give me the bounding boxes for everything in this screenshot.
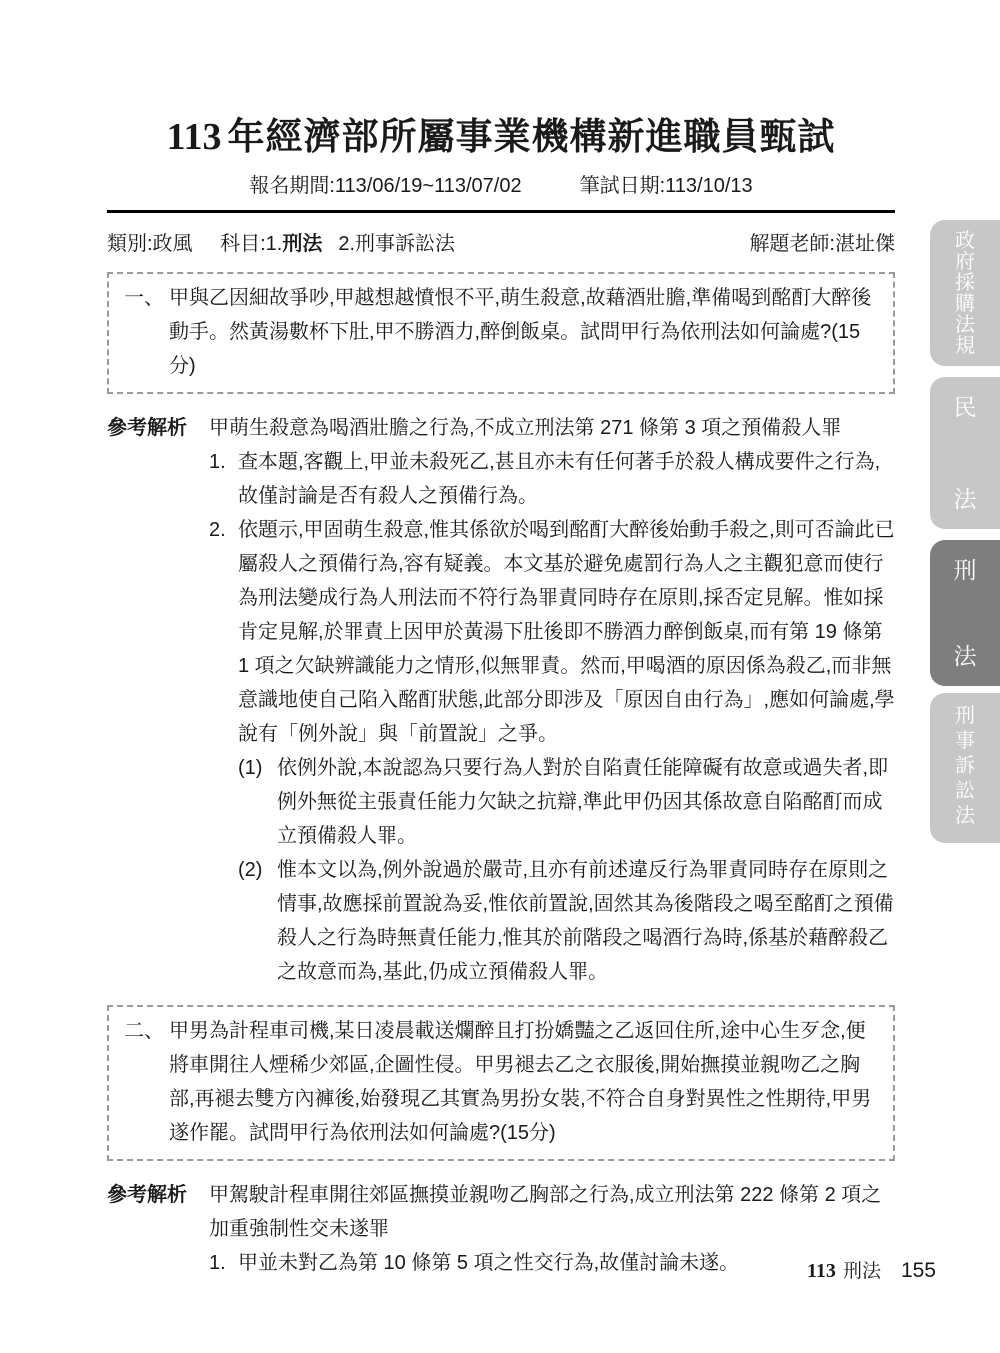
point-number: 1. — [209, 1246, 238, 1280]
sidebar-tab-char-bottom: 法 — [954, 638, 977, 671]
page-footer: 113 刑法 155 — [807, 1256, 936, 1283]
meta-row: 類別:政風 科目:1.刑法2.刑事訴訟法 解題老師:湛址傑 — [107, 227, 895, 256]
sidebar-tab-label: 刑 法 — [930, 540, 1000, 686]
page-title: 113年經濟部所屬事業機構新進職員甄試 — [107, 106, 895, 160]
subpoint-number: (2) — [238, 853, 277, 989]
footer-subject: 刑法 — [843, 1256, 881, 1283]
sidebar-tab-government-procurement: 政府採購法規 — [930, 220, 1000, 366]
page-title-text: 年經濟部所屬事業機構新進職員甄試 — [227, 116, 835, 157]
question-number: 二、 — [124, 1014, 169, 1150]
page-title-year: 113 — [167, 116, 222, 158]
subject-label: 科目:1. — [220, 233, 282, 255]
solution-subpoint: (1) 依例外說,本說認為只要行為人對於自陷責任能障礙有故意或過失者,即例外無從… — [238, 751, 895, 853]
solver-name: 解題老師:湛址傑 — [749, 227, 895, 256]
solution-point: 1. 查本題,客觀上,甲並未殺死乙,甚且亦未有任何著手於殺人構成要件之行為,故僅… — [209, 445, 895, 513]
sidebar-tab-criminal-procedure: 刑事訴訟法 — [930, 693, 1000, 843]
point-text: 甲並未對乙為第 10 條第 5 項之性交行為,故僅討論未遂。 — [238, 1246, 895, 1280]
sidebar-tab-label: 民 法 — [930, 377, 1000, 529]
written-exam-date: 筆試日期:113/10/13 — [580, 169, 753, 198]
question-text: 甲男為計程車司機,某日凌晨載送爛醉且打扮嬌豔之乙返回住所,途中心生歹念,便將車開… — [169, 1014, 881, 1150]
analysis-label: 參考解析 — [107, 411, 209, 989]
solution-body: 甲萌生殺意為喝酒壯膽之行為,不成立刑法第 271 條第 3 項之預備殺人罪 1.… — [209, 411, 895, 989]
point-text: 查本題,客觀上,甲並未殺死乙,甚且亦未有任何著手於殺人構成要件之行為,故僅討論是… — [238, 445, 895, 513]
solution-block-2: 參考解析 甲駕駛計程車開往郊區撫摸並親吻乙胸部之行為,成立刑法第 222 條第 … — [107, 1178, 895, 1280]
category-label: 類別:政風 — [107, 233, 193, 255]
sidebar-tab-char-top: 民 — [954, 389, 977, 422]
sidebar-tab-civil-law: 民 法 — [930, 377, 1000, 529]
question-box-1: 一、 甲與乙因細故爭吵,甲越想越憤恨不平,萌生殺意,故藉酒壯膽,準備喝到酩酊大醉… — [107, 272, 895, 394]
sidebar-tab-label: 政府採購法規 — [953, 231, 977, 357]
solution-conclusion: 甲萌生殺意為喝酒壯膽之行為,不成立刑法第 271 條第 3 項之預備殺人罪 — [209, 411, 895, 445]
page-content: 113年經濟部所屬事業機構新進職員甄試 報名期間:113/06/19~113/0… — [107, 0, 895, 1280]
footer-volume: 113 — [807, 1260, 836, 1283]
solution-body: 甲駕駛計程車開往郊區撫摸並親吻乙胸部之行為,成立刑法第 222 條第 2 項之加… — [209, 1178, 895, 1280]
exam-dates-line: 報名期間:113/06/19~113/07/02 筆試日期:113/10/13 — [107, 169, 895, 198]
sidebar-tab-criminal-law-active: 刑 法 — [930, 540, 1000, 686]
subpoint-text: 惟本文以為,例外說過於嚴苛,且亦有前述違反行為罪責同時存在原則之情事,故應採前置… — [277, 853, 895, 989]
point-text: 依題示,甲固萌生殺意,惟其係欲於喝到酩酊大醉後始動手殺之,則可否論此已屬殺人之預… — [238, 513, 895, 989]
subpoint-text: 依例外說,本說認為只要行為人對於自陷責任能障礙有故意或過失者,即例外無從主張責任… — [277, 751, 895, 853]
subpoint-number: (1) — [238, 751, 277, 853]
analysis-label: 參考解析 — [107, 1178, 209, 1280]
meta-left: 類別:政風 科目:1.刑法2.刑事訴訟法 — [107, 227, 455, 256]
footer-page-number: 155 — [901, 1259, 936, 1283]
sidebar-tab-char-bottom: 法 — [954, 481, 977, 514]
subject-name-criminal-law: 刑法 — [282, 233, 322, 255]
solution-point: 1. 甲並未對乙為第 10 條第 5 項之性交行為,故僅討論未遂。 — [209, 1246, 895, 1280]
solution-block-1: 參考解析 甲萌生殺意為喝酒壯膽之行為,不成立刑法第 271 條第 3 項之預備殺… — [107, 411, 895, 989]
question-number: 一、 — [124, 281, 169, 383]
point-number: 1. — [209, 445, 238, 513]
point-text-main: 依題示,甲固萌生殺意,惟其係欲於喝到酩酊大醉後始動手殺之,則可否論此已屬殺人之預… — [238, 513, 895, 751]
solution-point: 2. 依題示,甲固萌生殺意,惟其係欲於喝到酩酊大醉後始動手殺之,則可否論此已屬殺… — [209, 513, 895, 989]
question-box-2: 二、 甲男為計程車司機,某日凌晨載送爛醉且打扮嬌豔之乙返回住所,途中心生歹念,便… — [107, 1005, 895, 1161]
registration-period: 報名期間:113/06/19~113/07/02 — [249, 169, 521, 198]
sidebar-tab-label: 刑事訴訟法 — [953, 704, 977, 829]
subject-name-criminal-procedure: 2.刑事訴訟法 — [338, 233, 455, 255]
solution-conclusion: 甲駕駛計程車開往郊區撫摸並親吻乙胸部之行為,成立刑法第 222 條第 2 項之加… — [209, 1178, 895, 1246]
question-text: 甲與乙因細故爭吵,甲越想越憤恨不平,萌生殺意,故藉酒壯膽,準備喝到酩酊大醉後動手… — [169, 281, 881, 383]
point-number: 2. — [209, 513, 238, 989]
solution-subpoint: (2) 惟本文以為,例外說過於嚴苛,且亦有前述違反行為罪責同時存在原則之情事,故… — [238, 853, 895, 989]
header-divider — [107, 210, 895, 213]
book-page: 政府採購法規 民 法 刑 法 刑事訴訟法 113年經濟部所屬事業機構新進職員甄試… — [0, 0, 1000, 1353]
sidebar-tab-char-top: 刑 — [954, 552, 977, 585]
